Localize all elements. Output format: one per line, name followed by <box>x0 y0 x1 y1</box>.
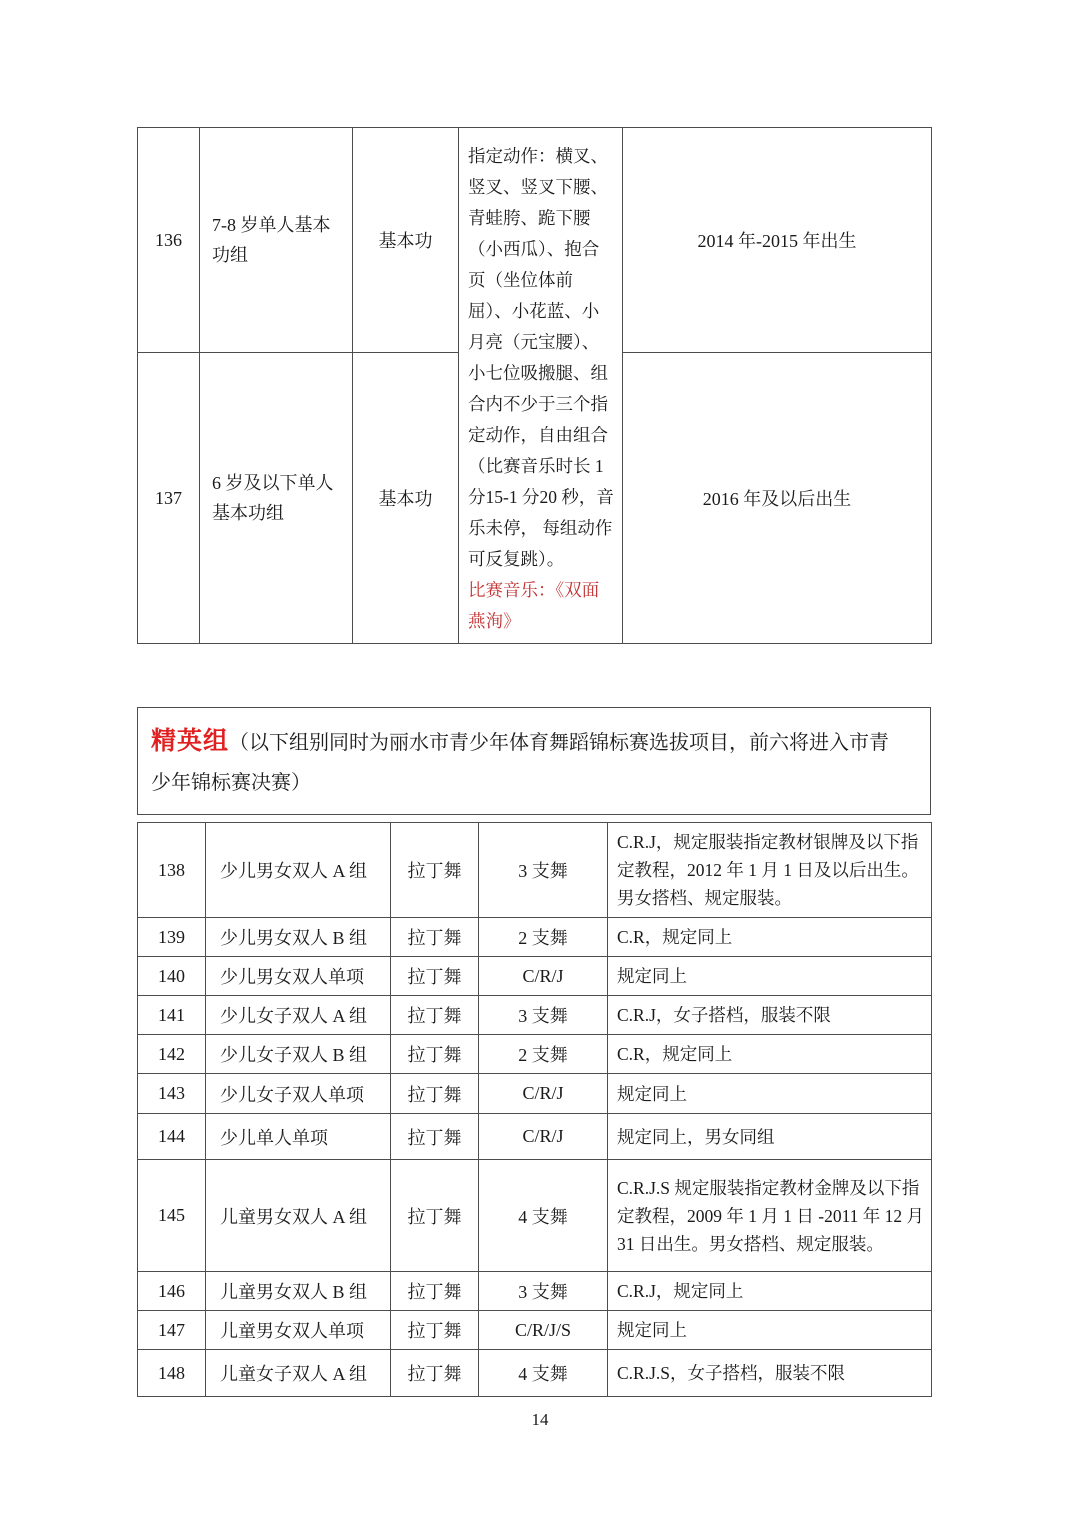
dance-count: C/R/J <box>479 1114 608 1160</box>
table-row: 140 少儿男女双人单项 拉丁舞 C/R/J 规定同上 <box>138 957 932 996</box>
row-number: 143 <box>138 1074 206 1114</box>
dance-style: 拉丁舞 <box>391 1350 479 1397</box>
dance-style: 拉丁舞 <box>391 1114 479 1160</box>
elite-group-table: 138 少儿男女双人 A 组 拉丁舞 3 支舞 C.R.J，规定服装指定教材银牌… <box>137 822 932 1397</box>
row-number: 144 <box>138 1114 206 1160</box>
row-number: 142 <box>138 1035 206 1074</box>
group-name: 少儿男女双人 A 组 <box>206 823 391 918</box>
table-row: 148 儿童女子双人 A 组 拉丁舞 4 支舞 C.R.J.S，女子搭档，服装不… <box>138 1350 932 1397</box>
dance-count: 2 支舞 <box>479 918 608 957</box>
dance-style: 拉丁舞 <box>391 1272 479 1311</box>
row-number: 147 <box>138 1311 206 1350</box>
group-name: 儿童女子双人 A 组 <box>206 1350 391 1397</box>
dance-category: 基本功 <box>353 128 459 353</box>
requirements-cell: 指定动作：横叉、竖叉、竖叉下腰、青蛙胯、跪下腰（小西瓜）、抱合页（坐位体前屈）、… <box>459 128 623 644</box>
birth-year: 2014 年-2015 年出生 <box>623 128 932 353</box>
dance-style: 拉丁舞 <box>391 1074 479 1114</box>
row-number: 145 <box>138 1160 206 1272</box>
table-row: 144 少儿单人单项 拉丁舞 C/R/J 规定同上，男女同组 <box>138 1114 932 1160</box>
dance-count: 4 支舞 <box>479 1160 608 1272</box>
table-row: 143 少儿女子双人单项 拉丁舞 C/R/J 规定同上 <box>138 1074 932 1114</box>
dance-count: C/R/J/S <box>479 1311 608 1350</box>
dance-style: 拉丁舞 <box>391 823 479 918</box>
birth-year: 2016 年及以后出生 <box>623 353 932 644</box>
group-name: 6 岁及以下单人基本功组 <box>200 353 353 644</box>
group-name: 7-8 岁单人基本功组 <box>200 128 353 353</box>
requirement-text: 规定同上 <box>608 957 932 996</box>
group-name: 少儿女子双人 B 组 <box>206 1035 391 1074</box>
elite-section-title: 精英组 <box>151 727 229 755</box>
document-page: 136 7-8 岁单人基本功组 基本功 指定动作：横叉、竖叉、竖叉下腰、青蛙胯、… <box>0 0 1080 1526</box>
dance-style: 拉丁舞 <box>391 1035 479 1074</box>
row-number: 140 <box>138 957 206 996</box>
elite-section-header: 精英组（以下组别同时为丽水市青少年体育舞蹈锦标赛选拔项目，前六将进入市青少年锦标… <box>137 707 931 815</box>
elite-section-note: （以下组别同时为丽水市青少年体育舞蹈锦标赛选拔项目，前六将进入市青少年锦标赛决赛… <box>151 732 889 794</box>
row-number: 136 <box>138 128 200 353</box>
table-row: 147 儿童男女双人单项 拉丁舞 C/R/J/S 规定同上 <box>138 1311 932 1350</box>
requirement-text: C.R.J，规定服装指定教材银牌及以下指定教程，2012 年 1 月 1 日及以… <box>608 823 932 918</box>
group-name: 少儿女子双人 A 组 <box>206 996 391 1035</box>
row-number: 141 <box>138 996 206 1035</box>
requirement-text: C.R，规定同上 <box>608 1035 932 1074</box>
requirement-text: C.R，规定同上 <box>608 918 932 957</box>
table-row: 138 少儿男女双人 A 组 拉丁舞 3 支舞 C.R.J，规定服装指定教材银牌… <box>138 823 932 918</box>
requirement-text: C.R.J，女子搭档，服装不限 <box>608 996 932 1035</box>
dance-style: 拉丁舞 <box>391 1311 479 1350</box>
group-name: 少儿单人单项 <box>206 1114 391 1160</box>
dance-style: 拉丁舞 <box>391 957 479 996</box>
table-row: 146 儿童男女双人 B 组 拉丁舞 3 支舞 C.R.J，规定同上 <box>138 1272 932 1311</box>
requirement-text: C.R.J.S，女子搭档，服装不限 <box>608 1350 932 1397</box>
row-number: 139 <box>138 918 206 957</box>
requirement-text: C.R.J.S 规定服装指定教材金牌及以下指定教程，2009 年 1 月 1 日… <box>608 1160 932 1272</box>
dance-category: 基本功 <box>353 353 459 644</box>
row-number: 146 <box>138 1272 206 1311</box>
row-number: 138 <box>138 823 206 918</box>
group-name: 少儿男女双人单项 <box>206 957 391 996</box>
requirement-text: 规定同上 <box>608 1074 932 1114</box>
page-number: 14 <box>0 1410 1080 1430</box>
table-row: 142 少儿女子双人 B 组 拉丁舞 2 支舞 C.R，规定同上 <box>138 1035 932 1074</box>
group-name: 儿童男女双人 B 组 <box>206 1272 391 1311</box>
row-number: 148 <box>138 1350 206 1397</box>
dance-style: 拉丁舞 <box>391 1160 479 1272</box>
group-name: 儿童男女双人 A 组 <box>206 1160 391 1272</box>
dance-count: C/R/J <box>479 1074 608 1114</box>
dance-count: 3 支舞 <box>479 996 608 1035</box>
group-name: 少儿女子双人单项 <box>206 1074 391 1114</box>
requirement-text: 规定同上 <box>608 1311 932 1350</box>
requirement-text: C.R.J，规定同上 <box>608 1272 932 1311</box>
row-number: 137 <box>138 353 200 644</box>
dance-count: 2 支舞 <box>479 1035 608 1074</box>
dance-style: 拉丁舞 <box>391 918 479 957</box>
basic-skills-table: 136 7-8 岁单人基本功组 基本功 指定动作：横叉、竖叉、竖叉下腰、青蛙胯、… <box>137 127 932 644</box>
group-name: 少儿男女双人 B 组 <box>206 918 391 957</box>
dance-count: 4 支舞 <box>479 1350 608 1397</box>
table-row: 136 7-8 岁单人基本功组 基本功 指定动作：横叉、竖叉、竖叉下腰、青蛙胯、… <box>138 128 932 353</box>
table-row: 141 少儿女子双人 A 组 拉丁舞 3 支舞 C.R.J，女子搭档，服装不限 <box>138 996 932 1035</box>
dance-count: C/R/J <box>479 957 608 996</box>
competition-music-text: 比赛音乐：《双面燕洵》 <box>468 575 614 637</box>
table-row: 145 儿童男女双人 A 组 拉丁舞 4 支舞 C.R.J.S 规定服装指定教材… <box>138 1160 932 1272</box>
dance-style: 拉丁舞 <box>391 996 479 1035</box>
dance-count: 3 支舞 <box>479 1272 608 1311</box>
group-name: 儿童男女双人单项 <box>206 1311 391 1350</box>
requirement-text: 规定同上，男女同组 <box>608 1114 932 1160</box>
dance-count: 3 支舞 <box>479 823 608 918</box>
table-row: 139 少儿男女双人 B 组 拉丁舞 2 支舞 C.R，规定同上 <box>138 918 932 957</box>
requirements-text: 指定动作：横叉、竖叉、竖叉下腰、青蛙胯、跪下腰（小西瓜）、抱合页（坐位体前屈）、… <box>468 146 614 569</box>
